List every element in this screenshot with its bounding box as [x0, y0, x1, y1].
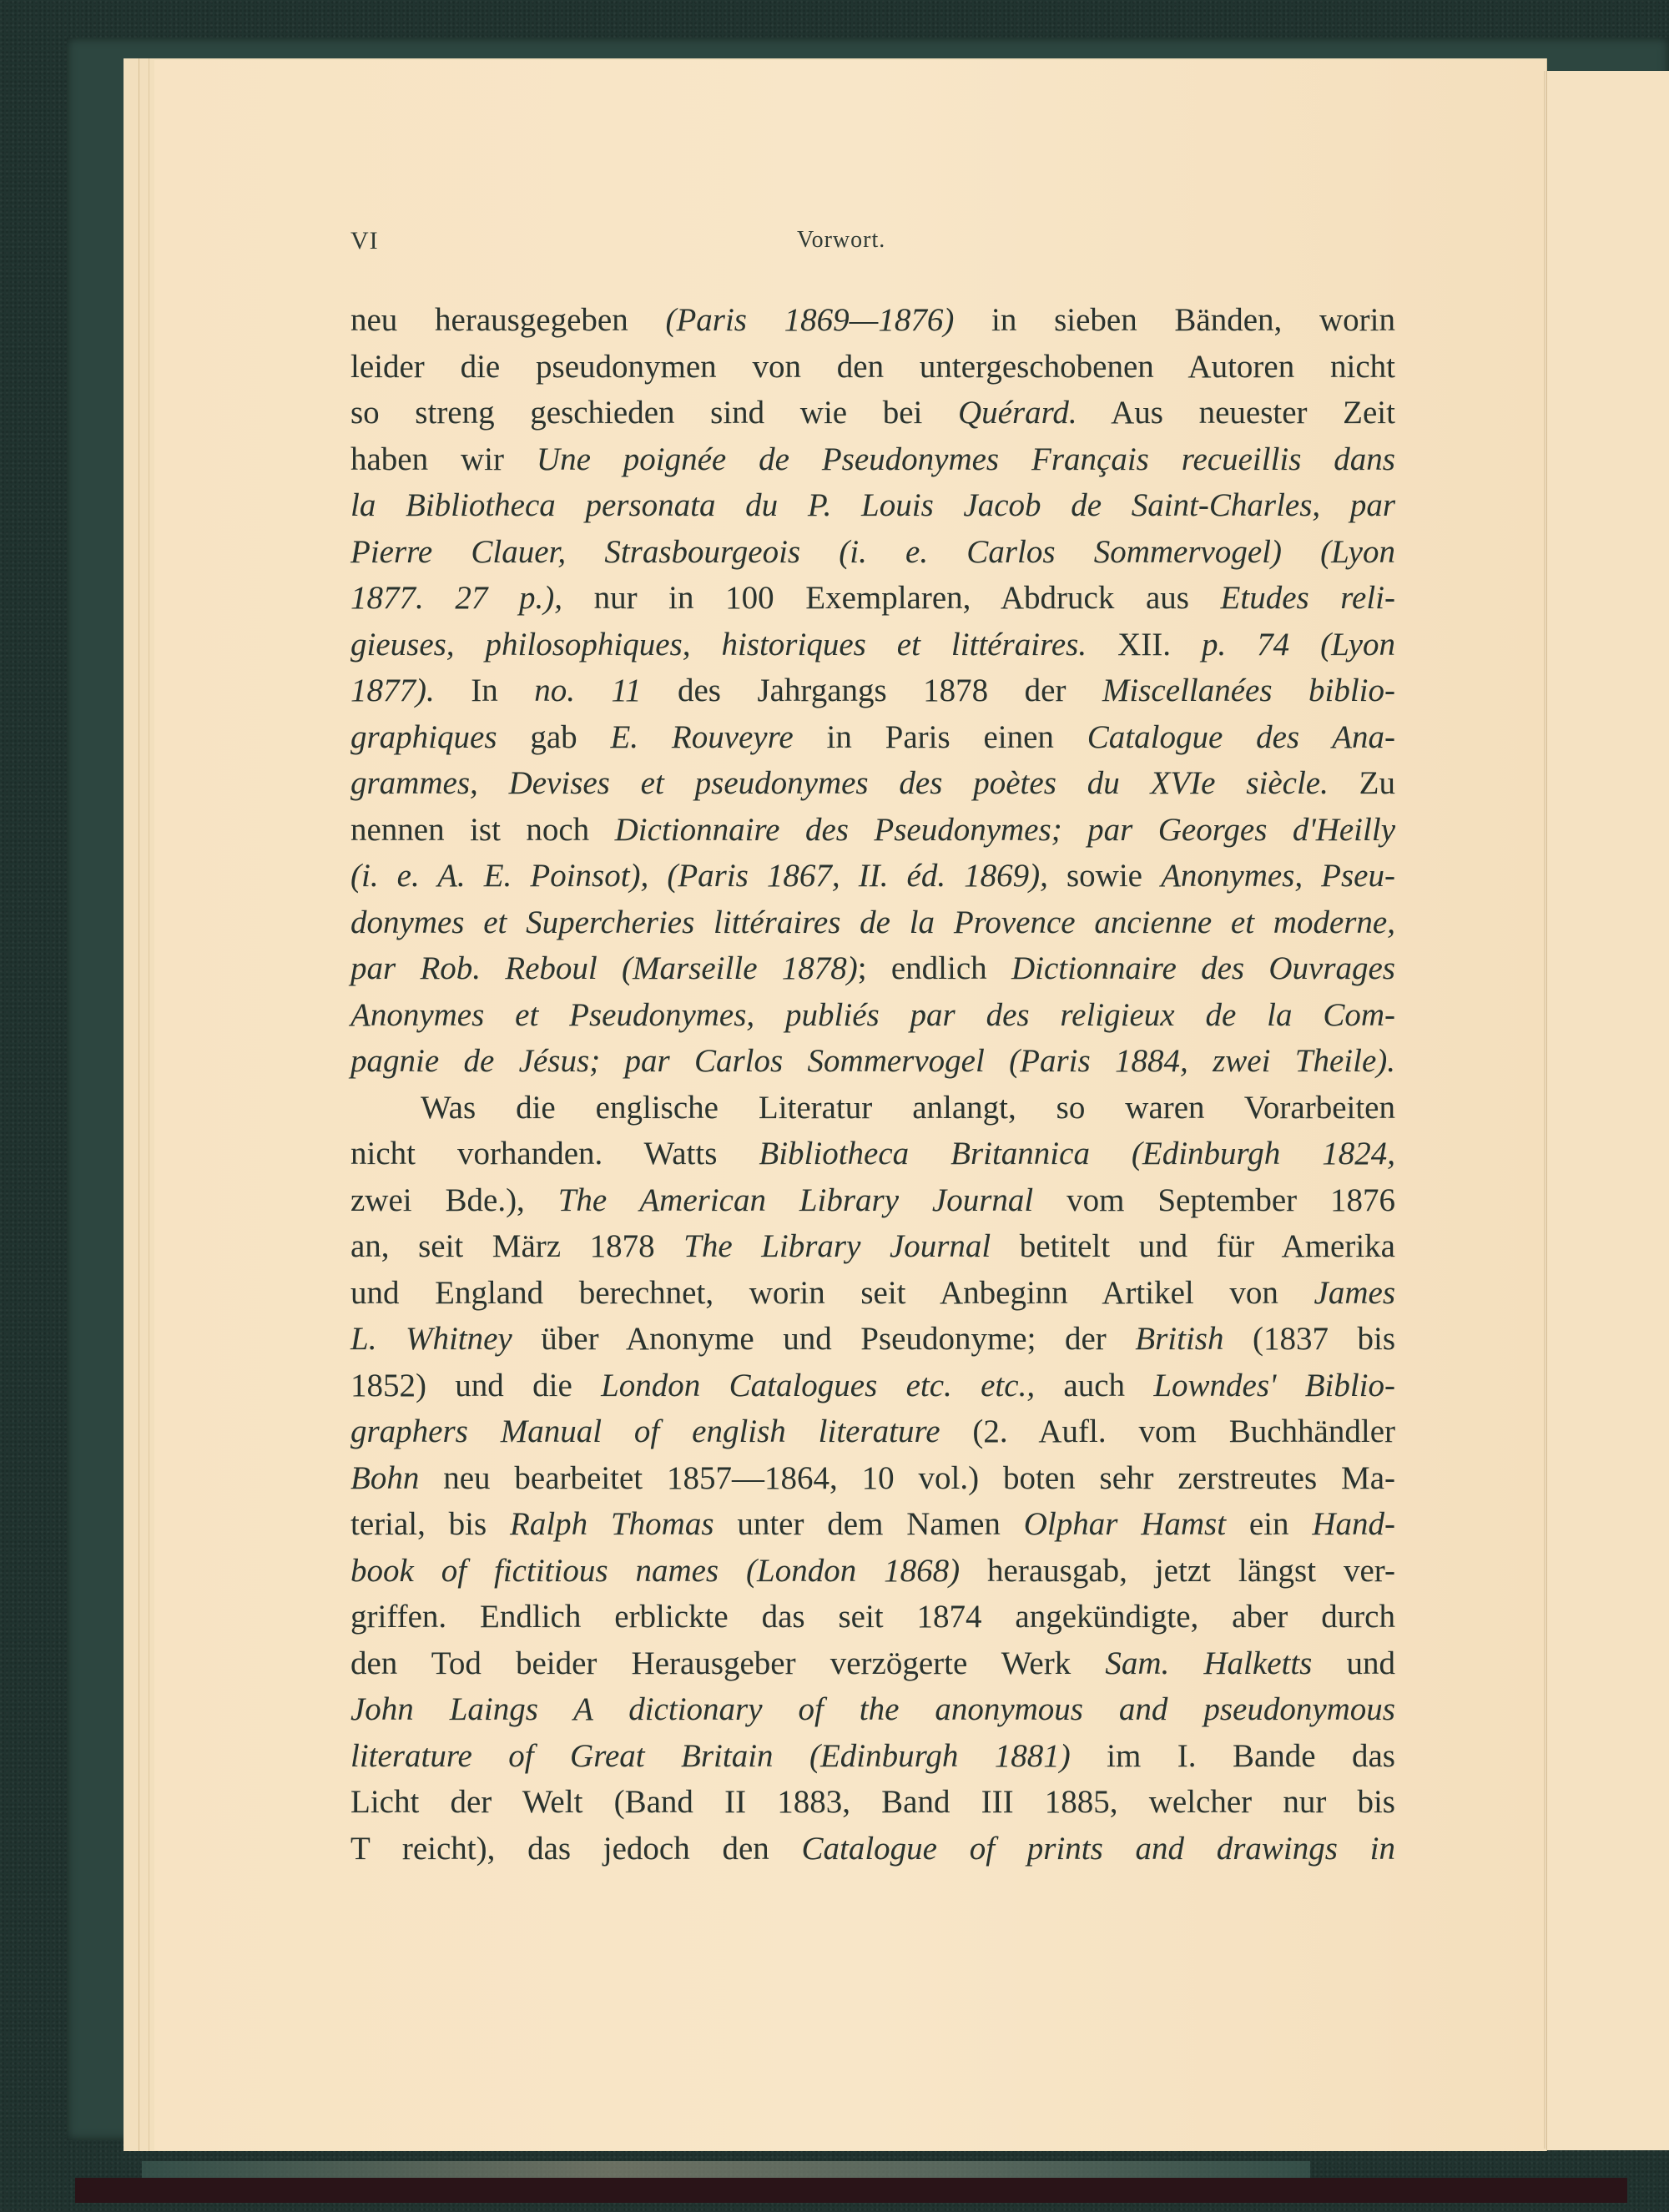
text-span: auch	[1035, 1368, 1153, 1403]
italic-title-span: graphiques	[350, 719, 497, 755]
text-span: den Tod beider Herausgeber verzögerte We…	[350, 1645, 1105, 1681]
text-span: haben wir	[350, 441, 537, 477]
italic-title-span: Bibliotheca Britannica (Edinburgh 1824,	[759, 1136, 1395, 1172]
text-line: book of fictitious names (London 1868) h…	[350, 1548, 1395, 1595]
text-line: 1877). In no. 11 des Jahrgangs 1878 der …	[350, 668, 1395, 714]
italic-title-span: Une poignée de Pseudonymes Français recu…	[537, 441, 1395, 477]
text-line: neu herausgegeben (Paris 1869—1876) in s…	[350, 297, 1395, 344]
text-line: den Tod beider Herausgeber verzögerte We…	[350, 1640, 1395, 1687]
text-span: zwei Bde.),	[350, 1182, 558, 1218]
text-line: grammes, Devises et pseudonymes des poèt…	[350, 760, 1395, 807]
text-span: an, seit März 1878	[350, 1228, 683, 1264]
text-line: la Bibliotheca personata du P. Louis Jac…	[350, 482, 1395, 529]
italic-title-span: donymes et Supercheries littéraires de l…	[350, 904, 1395, 940]
text-span: 1852) und die	[350, 1368, 601, 1403]
running-head: VI Vorwort.	[350, 227, 1394, 260]
text-span: unter dem Namen	[714, 1506, 1024, 1542]
text-span: ein	[1226, 1506, 1312, 1542]
text-line: und England berechnet, worin seit Anbegi…	[350, 1270, 1395, 1317]
text-span: und England berechnet, worin seit Anbegi…	[350, 1275, 1314, 1311]
italic-title-span: Bohn	[350, 1460, 419, 1496]
italic-title-span: 1877).	[350, 673, 435, 708]
text-span: neu bearbeitet 1857—1864, 10 vol.) boten…	[419, 1460, 1395, 1496]
text-line: terial, bis Ralph Thomas unter dem Namen…	[350, 1501, 1395, 1548]
text-span: Zu	[1329, 765, 1395, 801]
italic-title-span: London Catalogues etc. etc.,	[601, 1368, 1035, 1403]
text-span: über Anonyme und Pseudonyme; der	[512, 1321, 1136, 1357]
text-span: T reicht), das jedoch den	[350, 1831, 802, 1867]
italic-title-span: Anonymes et Pseudonymes, publiés par des…	[350, 997, 1395, 1033]
text-span: leider die pseudonymen von den untergesc…	[350, 349, 1395, 385]
text-span: XII.	[1117, 627, 1171, 663]
text-line: Bohn neu bearbeitet 1857—1864, 10 vol.) …	[350, 1455, 1395, 1502]
italic-title-span: Miscellanées biblio-	[1102, 673, 1395, 708]
italic-title-span: The Library Journal	[683, 1228, 991, 1264]
text-span: Licht der Welt (Band II 1883, Band III 1…	[350, 1784, 1395, 1820]
italic-title-span: la Bibliotheca personata du P. Louis Jac…	[350, 487, 1395, 523]
italic-title-span: pagnie de Jésus; par Carlos Sommervogel …	[350, 1043, 1395, 1079]
text-span: griffen. Endlich erblickte das seit 1874…	[350, 1599, 1395, 1635]
text-line: graphiques gab E. Rouveyre in Paris eine…	[350, 714, 1395, 761]
text-span: (2. Aufl. vom Buchhändler	[940, 1413, 1395, 1449]
italic-title-span: British	[1135, 1321, 1223, 1357]
italic-title-span: Catalogue des Ana-	[1087, 719, 1395, 755]
italic-title-span: E. Rouveyre	[610, 719, 793, 755]
text-span: und	[1312, 1645, 1395, 1681]
page-number: VI	[350, 227, 379, 255]
text-line: zwei Bde.), The American Library Journal…	[350, 1177, 1395, 1224]
italic-title-span: Dictionnaire des Pseudonymes; par George…	[615, 812, 1395, 848]
text-line: nicht vorhanden. Watts Bibliotheca Brita…	[350, 1131, 1395, 1177]
italic-title-span: James	[1314, 1275, 1395, 1311]
text-span: In	[435, 673, 534, 708]
text-span: Aus neuester Zeit	[1077, 395, 1395, 431]
text-line: par Rob. Reboul (Marseille 1878); endlic…	[350, 945, 1395, 992]
italic-title-span: Anonymes, Pseu-	[1161, 858, 1395, 894]
italic-title-span: no. 11	[534, 673, 641, 708]
text-line: literature of Great Britain (Edinburgh 1…	[350, 1733, 1395, 1780]
text-span: terial, bis	[350, 1506, 510, 1542]
facing-page-edge	[1547, 71, 1669, 2150]
text-span: neu herausgegeben	[350, 302, 665, 338]
text-line: 1852) und die London Catalogues etc. etc…	[350, 1363, 1395, 1409]
italic-title-span: The American Library Journal	[558, 1182, 1034, 1218]
text-span: so streng geschieden sind wie bei	[350, 395, 958, 431]
text-span: nur in 100 Exemplaren, Abdruck aus	[562, 580, 1221, 616]
text-span: nicht vorhanden. Watts	[350, 1136, 759, 1172]
text-span: herausgab, jetzt längst ver-	[960, 1553, 1395, 1589]
italic-title-span: literature of Great Britain (Edinburgh 1…	[350, 1738, 1071, 1774]
cover-worn-edge	[142, 2161, 1310, 2179]
text-line: so streng geschieden sind wie bei Quérar…	[350, 390, 1395, 436]
italic-title-span: p. 74 (Lyon	[1171, 627, 1395, 663]
text-line: (i. e. A. E. Poinsot), (Paris 1867, II. …	[350, 853, 1395, 899]
italic-title-span: grammes, Devises et pseudonymes des poèt…	[350, 765, 1329, 801]
text-line: L. Whitney über Anonyme und Pseudonyme; …	[350, 1316, 1395, 1363]
text-line: leider die pseudonymen von den untergesc…	[350, 344, 1395, 391]
italic-title-span: graphers Manual of english literature	[350, 1413, 940, 1449]
cover-bottom-band	[75, 2178, 1627, 2203]
text-span: (1837 bis	[1223, 1321, 1395, 1357]
text-span: des Jahrgangs 1878 der	[642, 673, 1102, 708]
italic-title-span: Sam. Halketts	[1105, 1645, 1312, 1681]
text-span: in sieben Bänden, worin	[954, 302, 1395, 338]
text-span: vom September 1876	[1033, 1182, 1395, 1218]
text-span: Was die englische Literatur anlangt, so …	[421, 1090, 1395, 1126]
italic-title-span: Quérard.	[958, 395, 1077, 431]
text-span: im I. Bande das	[1071, 1738, 1395, 1774]
text-line: griffen. Endlich erblickte das seit 1874…	[350, 1594, 1395, 1640]
text-span: nennen ist noch	[350, 812, 615, 848]
text-line: Anonymes et Pseudonymes, publiés par des…	[350, 992, 1395, 1039]
italic-title-span: 1877. 27 p.),	[350, 580, 562, 616]
body-text: neu herausgegeben (Paris 1869—1876) in s…	[350, 297, 1395, 1872]
text-line: T reicht), das jedoch den Catalogue of p…	[350, 1826, 1395, 1872]
italic-title-span: Pierre Clauer, Strasbourgeois (i. e. Car…	[350, 534, 1395, 570]
text-line: haben wir Une poignée de Pseudonymes Fra…	[350, 436, 1395, 483]
italic-title-span: (Paris 1869—1876)	[665, 302, 954, 338]
italic-title-span: John Laings A dictionary of the anonymou…	[350, 1691, 1395, 1727]
italic-title-span: Dictionnaire des Ouvrages	[1011, 950, 1395, 986]
italic-title-span: par Rob. Reboul (Marseille 1878)	[350, 950, 858, 986]
italic-title-span: gieuses, philosophiques, historiques et …	[350, 627, 1117, 663]
text-span: ; endlich	[858, 950, 1011, 986]
italic-title-span: Ralph Thomas	[510, 1506, 714, 1542]
text-line: Licht der Welt (Band II 1883, Band III 1…	[350, 1779, 1395, 1826]
text-line: donymes et Supercheries littéraires de l…	[350, 899, 1395, 946]
italic-title-span: L. Whitney	[350, 1321, 512, 1357]
italic-title-span: book of fictitious names (London 1868)	[350, 1553, 960, 1589]
text-line: nennen ist noch Dictionnaire des Pseudon…	[350, 807, 1395, 854]
text-span: gab	[497, 719, 611, 755]
italic-title-span: Etudes reli-	[1221, 580, 1395, 616]
italic-title-span: Lowndes' Biblio-	[1153, 1368, 1395, 1403]
text-line: 1877. 27 p.), nur in 100 Exemplaren, Abd…	[350, 575, 1395, 622]
running-title: Vorwort.	[797, 227, 885, 254]
text-span: betitelt und für Amerika	[991, 1228, 1395, 1264]
italic-title-span: Olphar Hamst	[1024, 1506, 1226, 1542]
italic-title-span: Hand-	[1312, 1506, 1395, 1542]
italic-title-span: (i. e. A. E. Poinsot), (Paris 1867, II. …	[350, 858, 1048, 894]
text-line: graphers Manual of english literature (2…	[350, 1408, 1395, 1455]
italic-title-span: Catalogue of prints and drawings in	[802, 1831, 1396, 1867]
text-line: Pierre Clauer, Strasbourgeois (i. e. Car…	[350, 529, 1395, 576]
text-line: pagnie de Jésus; par Carlos Sommervogel …	[350, 1038, 1395, 1085]
text-line: gieuses, philosophiques, historiques et …	[350, 622, 1395, 668]
text-span: in Paris einen	[794, 719, 1087, 755]
text-line: Was die englische Literatur anlangt, so …	[350, 1085, 1395, 1131]
text-span: sowie	[1048, 858, 1161, 894]
text-line: John Laings A dictionary of the anonymou…	[350, 1686, 1395, 1733]
text-line: an, seit März 1878 The Library Journal b…	[350, 1223, 1395, 1270]
